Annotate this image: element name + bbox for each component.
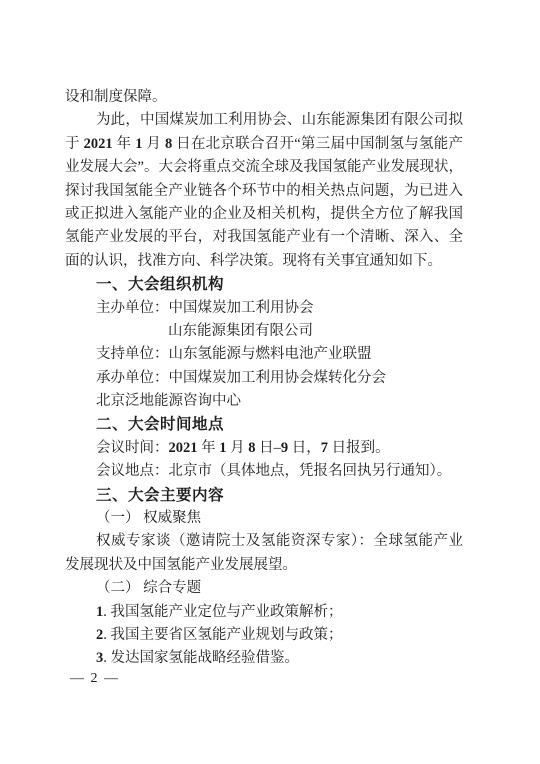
expert-talk-line-1: 权威专家谈（邀请院士及氢能资深专家）：全球氢能产业 xyxy=(65,530,463,553)
section-1-heading: 一、大会组织机构 xyxy=(65,273,463,296)
closing-line-of-previous-paragraph: 设和制度保障。 xyxy=(65,86,463,109)
page-number: — 2 — xyxy=(70,671,120,687)
organizer-line-2: 北京泛地能源咨询中心 xyxy=(65,390,463,413)
subsection-2-title: （二） 综合专题 xyxy=(65,577,463,600)
supporting-organization-line: 支持单位：山东氢能源与燃料电池产业联盟 xyxy=(65,343,463,366)
intro-paragraph-line-7: 面的认识，找准方向、科学决策。现将有关事宜通知如下。 xyxy=(65,250,463,273)
subsection-1-title: （一） 权威聚焦 xyxy=(65,507,463,530)
topic-item-3: 3. 发达国家氢能战略经验借鉴。 xyxy=(65,647,463,670)
host-organization-line-1: 主办单位：中国煤炭加工利用协会 xyxy=(65,297,463,320)
intro-paragraph-line-3: 业发展大会”。大会将重点交流全球及我国氢能产业发展现状， xyxy=(65,156,463,179)
intro-paragraph-line-1: 为此，中国煤炭加工利用协会、山东能源集团有限公司拟 xyxy=(65,109,463,132)
topic-item-1: 1. 我国氢能产业定位与产业政策解析； xyxy=(65,601,463,624)
document-page: 设和制度保障。 为此，中国煤炭加工利用协会、山东能源集团有限公司拟 于 2021… xyxy=(0,0,540,764)
host-organization-line-2: 山东能源集团有限公司 xyxy=(65,320,463,343)
intro-paragraph-line-2: 于 2021 年 1 月 8 日在北京联合召开“第三届中国制氢与氢能产 xyxy=(65,133,463,156)
expert-talk-line-2: 发展现状及中国氢能产业发展展望。 xyxy=(65,554,463,577)
organizer-line-1: 承办单位：中国煤炭加工利用协会煤转化分会 xyxy=(65,367,463,390)
intro-paragraph-line-5: 或正拟进入氢能产业的企业及相关机构，提供全方位了解我国 xyxy=(65,203,463,226)
section-3-heading: 三、大会主要内容 xyxy=(65,484,463,507)
meeting-location-line: 会议地点：北京市（具体地点，凭报名回执另行通知）。 xyxy=(65,460,463,483)
document-body: 设和制度保障。 为此，中国煤炭加工利用协会、山东能源集团有限公司拟 于 2021… xyxy=(65,86,463,671)
topic-item-2: 2. 我国主要省区氢能产业规划与政策； xyxy=(65,624,463,647)
intro-paragraph-line-6: 氢能产业发展的平台，对我国氢能产业有一个清晰、深入、全 xyxy=(65,226,463,249)
section-2-heading: 二、大会时间地点 xyxy=(65,413,463,436)
meeting-time-line: 会议时间：2021 年 1 月 8 日–9 日，7 日报到。 xyxy=(65,437,463,460)
intro-paragraph-line-4: 探讨我国氢能全产业链各个环节中的相关热点问题，为已进入 xyxy=(65,180,463,203)
